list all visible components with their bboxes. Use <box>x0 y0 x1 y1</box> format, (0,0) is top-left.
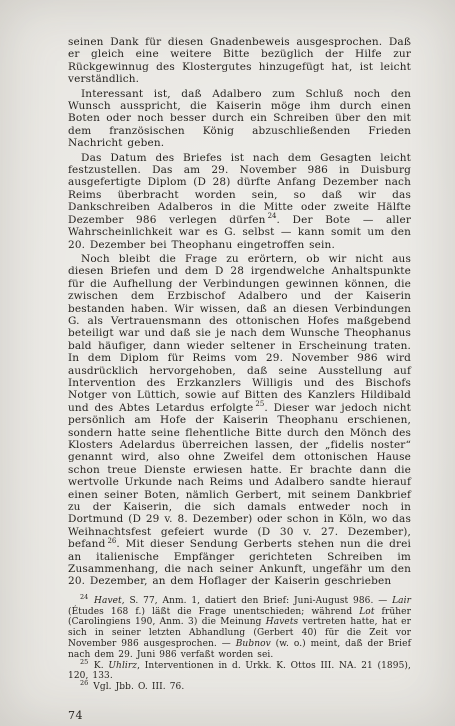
text-run: Noch bleibt die Frage zu erörtern, ob wi… <box>68 253 411 414</box>
body-paragraph: Das Datum des Briefes ist nach dem Gesag… <box>68 152 411 251</box>
body-paragraph: Noch bleibt die Frage zu erörtern, ob wi… <box>68 253 411 588</box>
footnote-marker: 25 <box>255 400 264 408</box>
text-run: Vgl. Jbb. O. III. 76. <box>89 682 184 692</box>
italic-text: Lot <box>359 607 374 617</box>
italic-text: Havet <box>94 596 122 606</box>
footnote-marker: 26 <box>80 679 88 687</box>
body-paragraph: seinen Dank für diesen Gnadenbeweis ausg… <box>68 36 411 86</box>
text-run: . Dieser war jedoch nicht persönlich am … <box>68 402 411 550</box>
text-run: Interessant ist, daß Adalbero zum Schluß… <box>68 88 411 150</box>
footnote-marker: 24 <box>80 593 88 601</box>
italic-text: Havets <box>266 617 298 627</box>
text-run: K. <box>89 661 108 671</box>
text-run: (Études 168 f.) läßt die Frage unentschi… <box>68 607 359 617</box>
italic-text: Uhlirz <box>108 661 137 671</box>
footnote: 24 Havet, S. 77, Anm. 1, datiert den Bri… <box>68 596 411 661</box>
book-page: seinen Dank für diesen Gnadenbeweis ausg… <box>0 0 455 726</box>
italic-text: Lair <box>392 596 411 606</box>
main-text: seinen Dank für diesen Gnadenbeweis ausg… <box>68 36 411 588</box>
footnotes-section: 24 Havet, S. 77, Anm. 1, datiert den Bri… <box>68 596 411 693</box>
footnote: 26 Vgl. Jbb. O. III. 76. <box>68 682 411 693</box>
text-run: seinen Dank für diesen Gnadenbeweis ausg… <box>68 36 411 85</box>
footnote: 25 K. Uhlirz, Interventionen in d. Urkk.… <box>68 661 411 683</box>
text-run: . Mit dieser Sendung Gerberts stehen nun… <box>68 538 411 587</box>
italic-text: Bubnov <box>236 639 271 649</box>
page-number: 74 <box>68 709 411 722</box>
text-run: , S. 77, Anm. 1, datiert den Brief: Juni… <box>122 596 392 606</box>
footnote-marker: 25 <box>80 658 88 666</box>
body-paragraph: Interessant ist, daß Adalbero zum Schluß… <box>68 88 411 150</box>
